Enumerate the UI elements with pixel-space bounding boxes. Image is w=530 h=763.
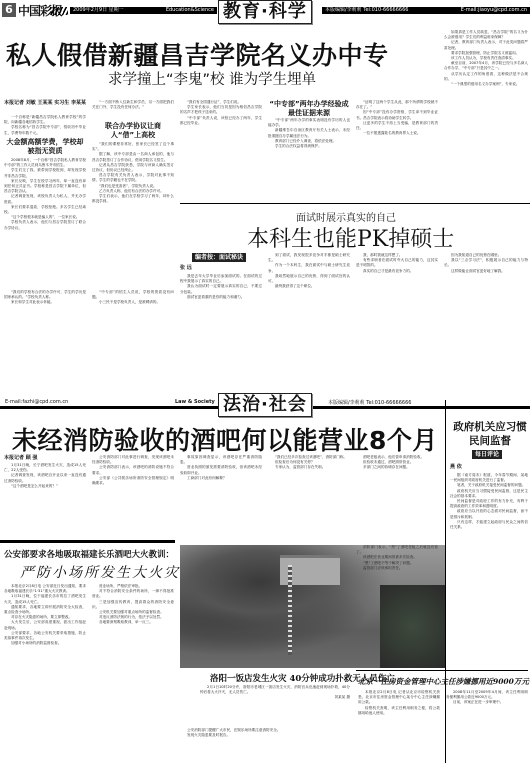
story2-tag: 编者按：面试秘诀 (192, 253, 246, 262)
story1-col2-cont: “中专部”的招生人员说，学校的资质没有问题。小三民不是学校负责人，是被聘请的。 (92, 290, 174, 330)
story3-byline: 本报记者 顾 强 (4, 455, 37, 462)
story2-headline: 本科生也能PK掉硕士 (247, 222, 454, 253)
story7-headline: 北京一住房资金管理中心主任涉嫌挪用近9000万元公款 (358, 676, 530, 687)
story3-col2: 公安消防部门对此事进行调查，发现该酒吧未经消防验收。公安消防部门表示，该酒吧的消… (92, 455, 174, 538)
story2-col2: 到了面试，我发现很多竞争对手都是硕士研究生。作为一个本科生，我在面试中与硕士研究… (268, 253, 350, 332)
section-title-education: 教育·科学 (218, 0, 312, 24)
story1-subhead-1: 大金额高额学费，学校却被指无资质 (4, 138, 86, 156)
story5-headline: 政府机关应习惯民间监督 (452, 420, 528, 448)
story1-subheadline: 求学撞上“李鬼”校 谁为学生埋单 (108, 68, 316, 89)
story4-col1: 本报北京2月8日电 公安部近日发出通知，要求各地吸取福建长乐“1·31”重大火灾… (4, 584, 86, 762)
story4-top-rule (0, 540, 175, 543)
editor-info-bottom: 本版编辑/李莉莉 Tel:010-66666666 (328, 399, 411, 406)
story2-col1: 我是去年大学毕业后参加面试的。在面试的过程中我展示了真实的自己。我认为面试时一定… (180, 274, 262, 332)
divider-story1 (180, 203, 530, 204)
story3-col4: “我们已经多次检查过该酒吧”，消防部门称。但检查后为何没有关停？专家认为，监管部… (268, 455, 350, 538)
story3-col1: 1月31日晚，长宁酒吧发生火灾，造成15人死亡，22人受伤。记者调查发现，该酒吧… (4, 463, 86, 538)
story1-col6: 如果真是工作人员疏忽，“昌吉学院”的名义为什么会被借用？学生们的利益谁来保障？记… (444, 30, 528, 200)
story3-col3: 事故原因调查显示，该酒吧存在严重消防隐患。营业执照的颁发需要消防验收，但该酒吧未… (180, 455, 262, 538)
section-en: Education&Science (166, 7, 214, 14)
photo-ladder (288, 565, 292, 655)
story4-kicker: 公安部要求各地吸取福建长乐酒吧大火教训： (4, 548, 174, 560)
story3-headline: 未经消防验收的酒吧何以能营业8个月 (12, 421, 438, 457)
story1-col5: “证明了这两个学生从此，那个所谓的学校就不存在了。”因“中专部”没有办学资格，学… (356, 100, 438, 200)
email-top: E-mail:jiaoyu@cpd.com.cn (461, 7, 527, 14)
story5-tag: 每日评论 (472, 450, 502, 459)
story1-col4: “中专部”两年办学的事实表明没有学历的人也能办学。新疆维吾尔自治区教育厅有关人士… (268, 118, 350, 200)
story1-col2: “我们的课程非常好，张家长已经签了这个事实”。据了解，该中专部是由一名商人承包的… (92, 142, 174, 287)
story7-top-rule (356, 670, 528, 671)
story4-headline: 严防小场所发生大火灾 (20, 562, 180, 582)
story1-col1-cont: “我们的学校有合法的办学许可，学生的学历是国家承认的。”学校负责人称。家长和学生… (4, 290, 86, 330)
story5-byline: 燕 依 (450, 464, 462, 471)
story1-subhead-3: “中专部”两年办学经验成最佳证据来源 (268, 100, 350, 118)
decorative-slashes (50, 7, 68, 15)
story6-caption-text: 2月1日10时20分许，洛阳市老城区一饭店发生火灾，消防官兵迅速赶到现场扑救，4… (200, 685, 350, 725)
page-number: 6 (2, 3, 16, 17)
story1-byline: 本报记者 刘敏 王某某 实习生 李某某 (4, 100, 86, 107)
issue-date: 2009年2月9日 星期一 (73, 7, 124, 13)
story7-col2: 2008年11月至2009年4月间，该主任利用职务便利挪用公款近9000万元。目… (446, 690, 528, 762)
story1-subhead-2: 联合办学协议让商人“借”上高校 (92, 122, 174, 140)
story5-body: 据《南方周末》报道，今年春节期间，某地一民间组织对政府机关进行了监督。笔者，关于… (450, 473, 528, 663)
story3-col6: 消防部门表示，“黑”了酒吧老板之后就没有管了。该酒吧在营业期间曾被多次检查。“黑… (356, 545, 438, 665)
story1-col1: 2008年8月，一个自称“昌吉学院私人教育学校中专部”的工作人员到乌鲁木齐市招生… (4, 158, 86, 286)
story1-col3: “我们有全国通行证”，学生们说。学生家长表示，他们当初是因为相信昌吉学院的名声才… (180, 100, 262, 148)
story1-col1-intro: 一个自称是“新疆昌吉学院私人教育学校”的学院，向新疆各地招收学生。学校名称为“昌… (4, 115, 86, 137)
story4-col2: 营业场所，严格依法审批。对不符合消防安全条件的场所，一律不得批准营业。三是加强宣… (92, 584, 174, 762)
story2-col3: 我，那时我就这样想了。有些求职者在面试时夸大自己的能力，这其实是不明智的。真实的… (356, 253, 438, 332)
header-bar-left: 2009年2月9日 星期一 Education&Science (70, 7, 217, 14)
email-bottom: E-mail:fazhi@cpd.com.cn (5, 399, 68, 405)
story2-byline: 张 远 (180, 265, 192, 272)
header-bar-right: 本版编辑/李莉莉 Tel:010-66666666 E-mail:jiaoyu@… (322, 7, 530, 14)
story7-col1: 本报北京2月8日电 记者从北京市检察机关获悉，北京市住房资金管理中心某分中心主任… (358, 690, 440, 762)
story4-col3: 公安消防部门提醒广大市民，在娱乐场所要注意消防安全。发现火灾隐患要及时报告。 (180, 728, 350, 762)
story1-col2-top: “一方面不断入住新生和学员，另一方面把我们关在门外，学生没有任何办法。” (92, 100, 174, 120)
editor-info: 本版编辑/李莉莉 Tel:010-66666666 (325, 7, 408, 13)
section-title-law: 法治·社会 (218, 393, 312, 417)
story3-col5: 酒吧老板表示，他们曾申请消防验收。但验收未通过，酒吧照常营业。多部门之间的协调存… (356, 455, 438, 538)
section-en-bottom: Law & Society (175, 399, 215, 405)
story2-col4: 因为我知道自己的优势在哪里。我以“三点学习法”，积极展示自己的能力与特长。这样做… (444, 253, 528, 332)
story1-headline: 私人假借新疆昌吉学院名义办中专 (6, 36, 389, 72)
